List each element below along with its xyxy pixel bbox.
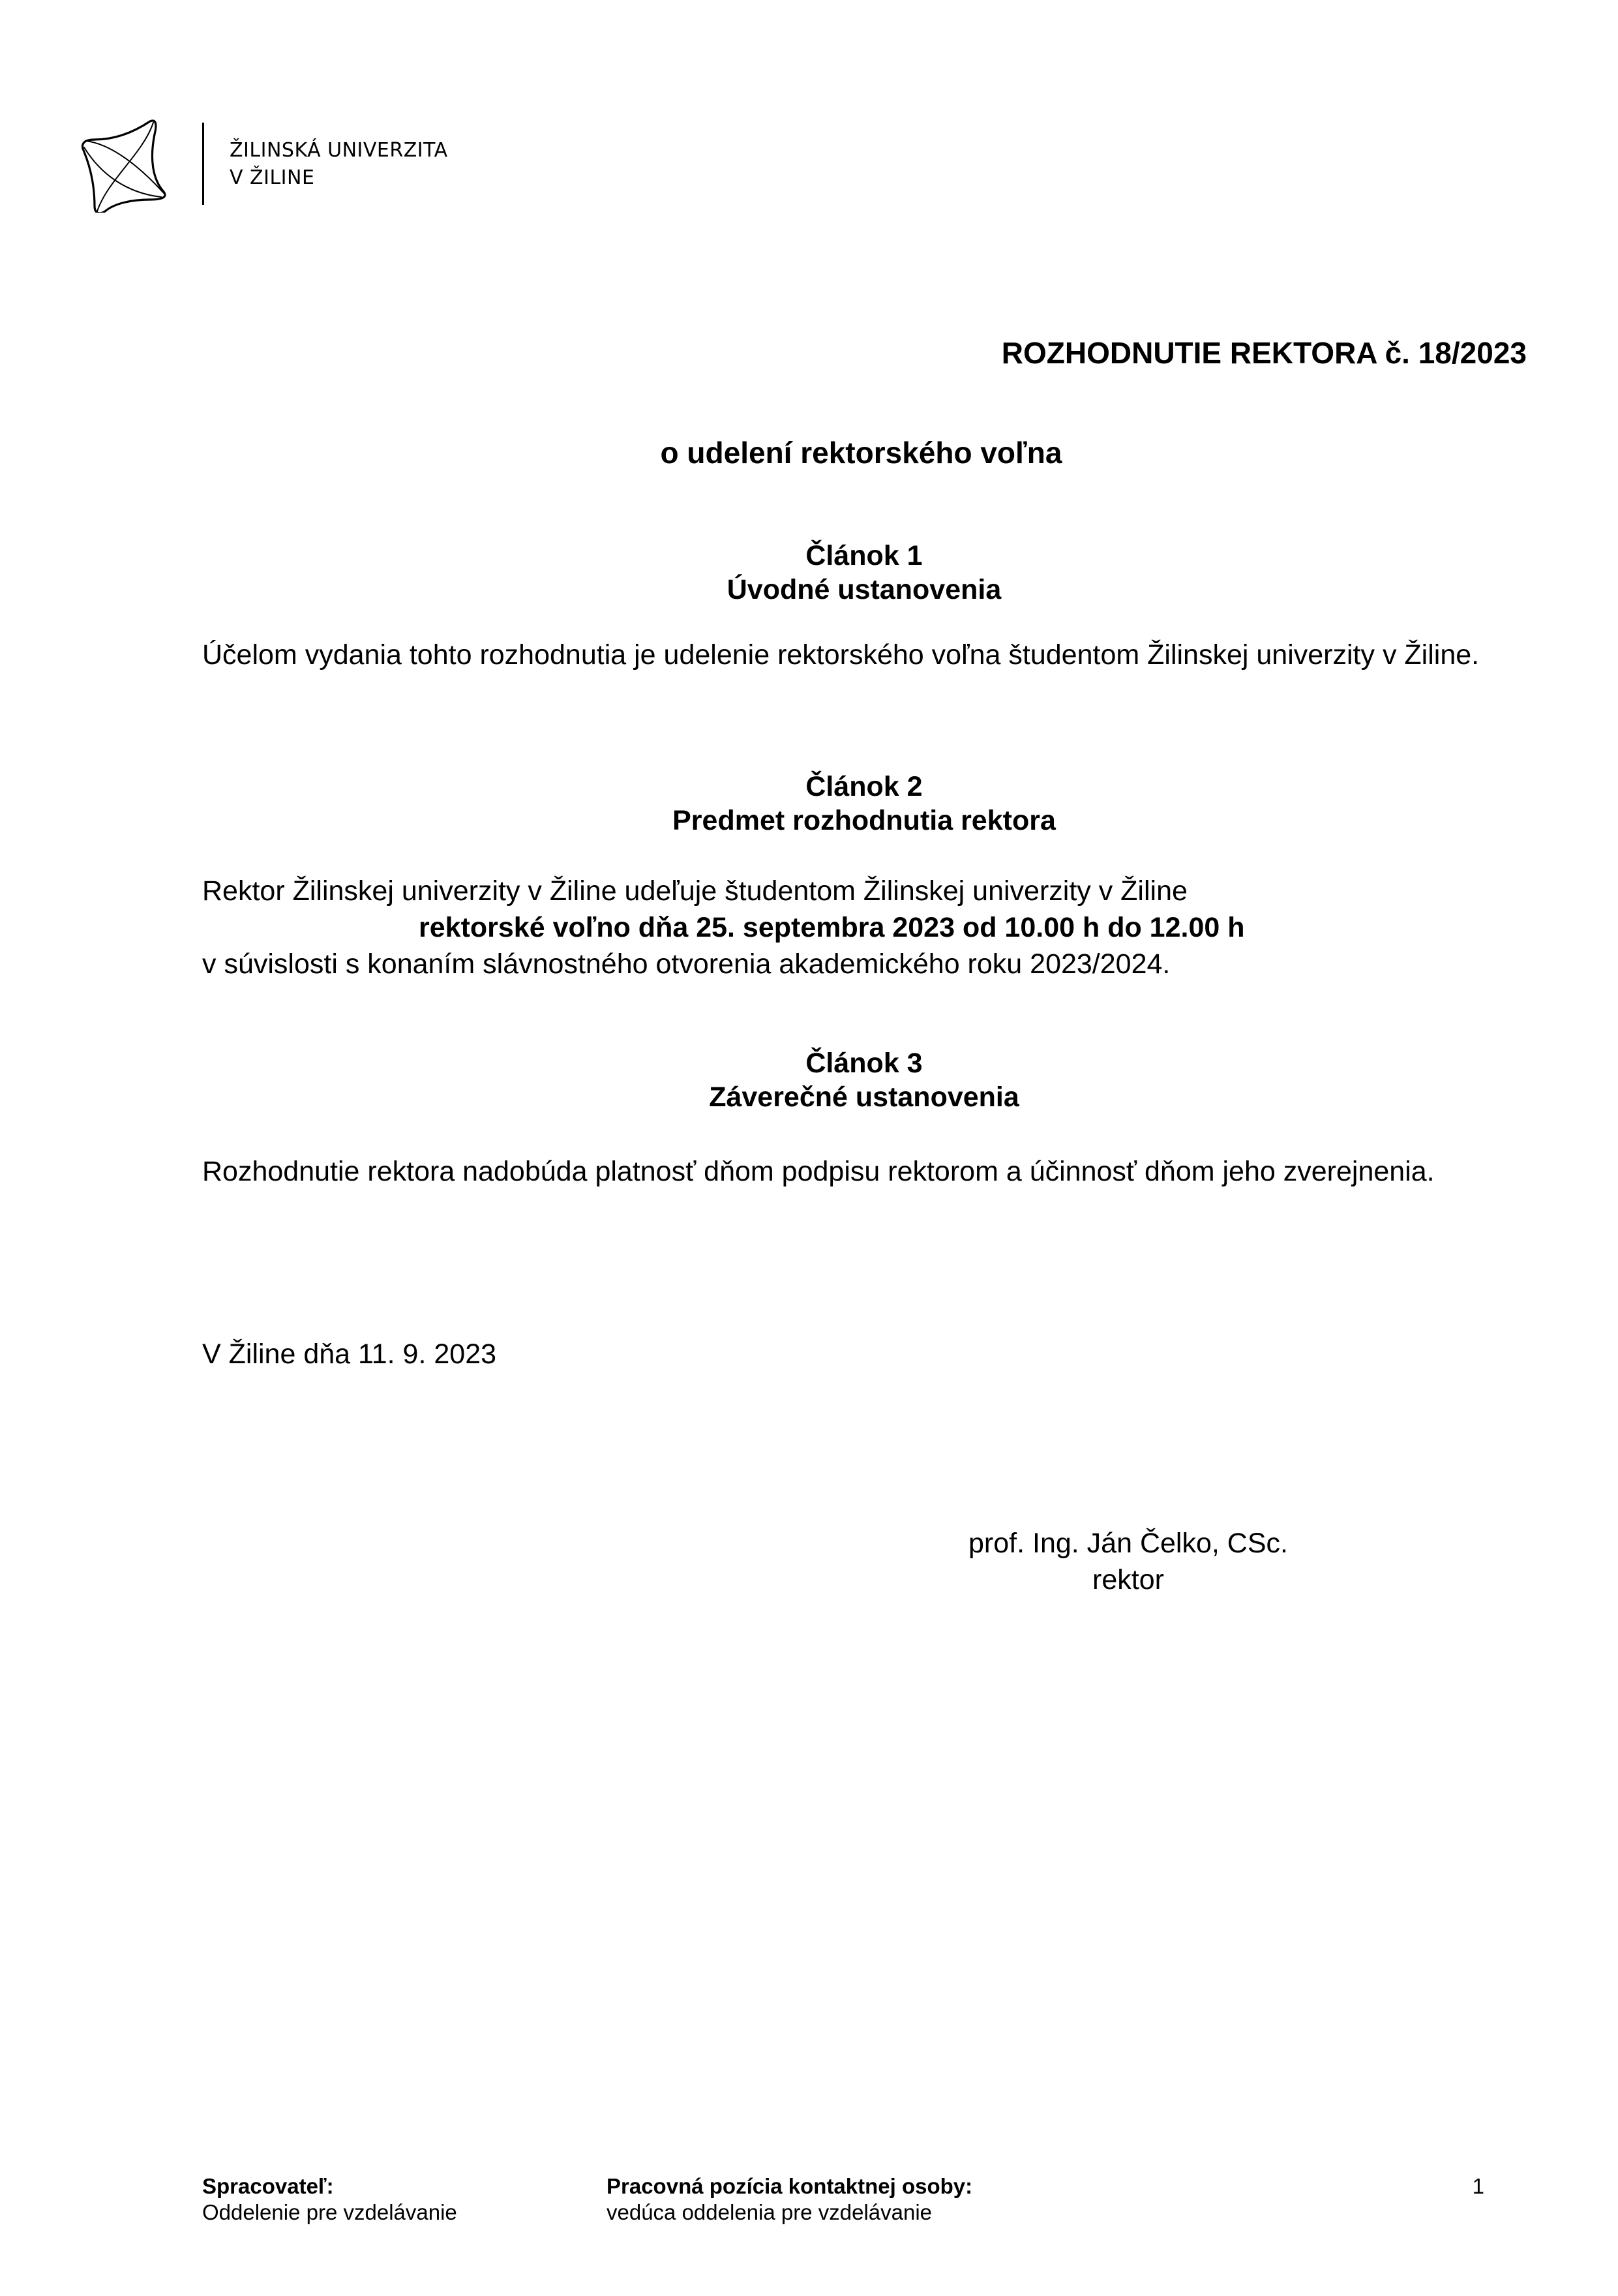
logo-divider xyxy=(202,123,204,205)
university-knot-logo-icon xyxy=(75,115,173,213)
signatory-role: rektor xyxy=(939,1562,1317,1598)
article-3-heading: Článok 3 Záverečné ustanovenia xyxy=(202,1046,1526,1114)
document-subtitle: o udelení rektorského voľna xyxy=(0,435,1618,470)
footer-contact-value: vedúca oddelenia pre vzdelávanie xyxy=(607,2199,972,2226)
article-2-line-1: Rektor Žilinskej univerzity v Žiline ude… xyxy=(202,873,1526,909)
footer-author-label: Spracovateľ: xyxy=(202,2173,457,2199)
footer-author-value: Oddelenie pre vzdelávanie xyxy=(202,2199,457,2226)
footer-author: Spracovateľ: Oddelenie pre vzdelávanie xyxy=(202,2173,457,2226)
article-2-line-3: v súvislosti s konaním slávnostného otvo… xyxy=(202,946,1526,982)
document-title: ROZHODNUTIE REKTORA č. 18/2023 xyxy=(1002,335,1527,370)
article-1-text: Účelom vydania tohto rozhodnutia je udel… xyxy=(202,637,1526,673)
article-3-title: Záverečné ustanovenia xyxy=(202,1080,1526,1114)
article-1-number: Článok 1 xyxy=(202,539,1526,573)
article-2-holiday-date: rektorské voľno dňa 25. septembra 2023 o… xyxy=(202,909,1526,946)
university-name: ŽILINSKÁ UNIVERZITA V ŽILINE xyxy=(230,137,448,192)
university-name-line1: ŽILINSKÁ UNIVERZITA xyxy=(230,137,448,164)
article-2-number: Článok 2 xyxy=(202,770,1526,804)
article-2-heading: Článok 2 Predmet rozhodnutia rektora xyxy=(202,770,1526,838)
article-1-title: Úvodné ustanovenia xyxy=(202,573,1526,607)
signature-block: prof. Ing. Ján Čelko, CSc. rektor xyxy=(939,1525,1317,1598)
signatory-name: prof. Ing. Ján Čelko, CSc. xyxy=(939,1525,1317,1562)
footer-contact-label: Pracovná pozícia kontaktnej osoby: xyxy=(607,2173,972,2199)
place-date: V Žiline dňa 11. 9. 2023 xyxy=(202,1338,496,1370)
university-name-line2: V ŽILINE xyxy=(230,164,448,192)
article-3-number: Článok 3 xyxy=(202,1046,1526,1080)
footer-contact: Pracovná pozícia kontaktnej osoby: vedúc… xyxy=(607,2173,972,2226)
article-3-text: Rozhodnutie rektora nadobúda platnosť dň… xyxy=(202,1153,1526,1190)
article-1-heading: Článok 1 Úvodné ustanovenia xyxy=(202,539,1526,607)
page-number: 1 xyxy=(1473,2173,1484,2199)
article-2-title: Predmet rozhodnutia rektora xyxy=(202,804,1526,838)
article-2-text: Rektor Žilinskej univerzity v Žiline ude… xyxy=(202,873,1526,982)
